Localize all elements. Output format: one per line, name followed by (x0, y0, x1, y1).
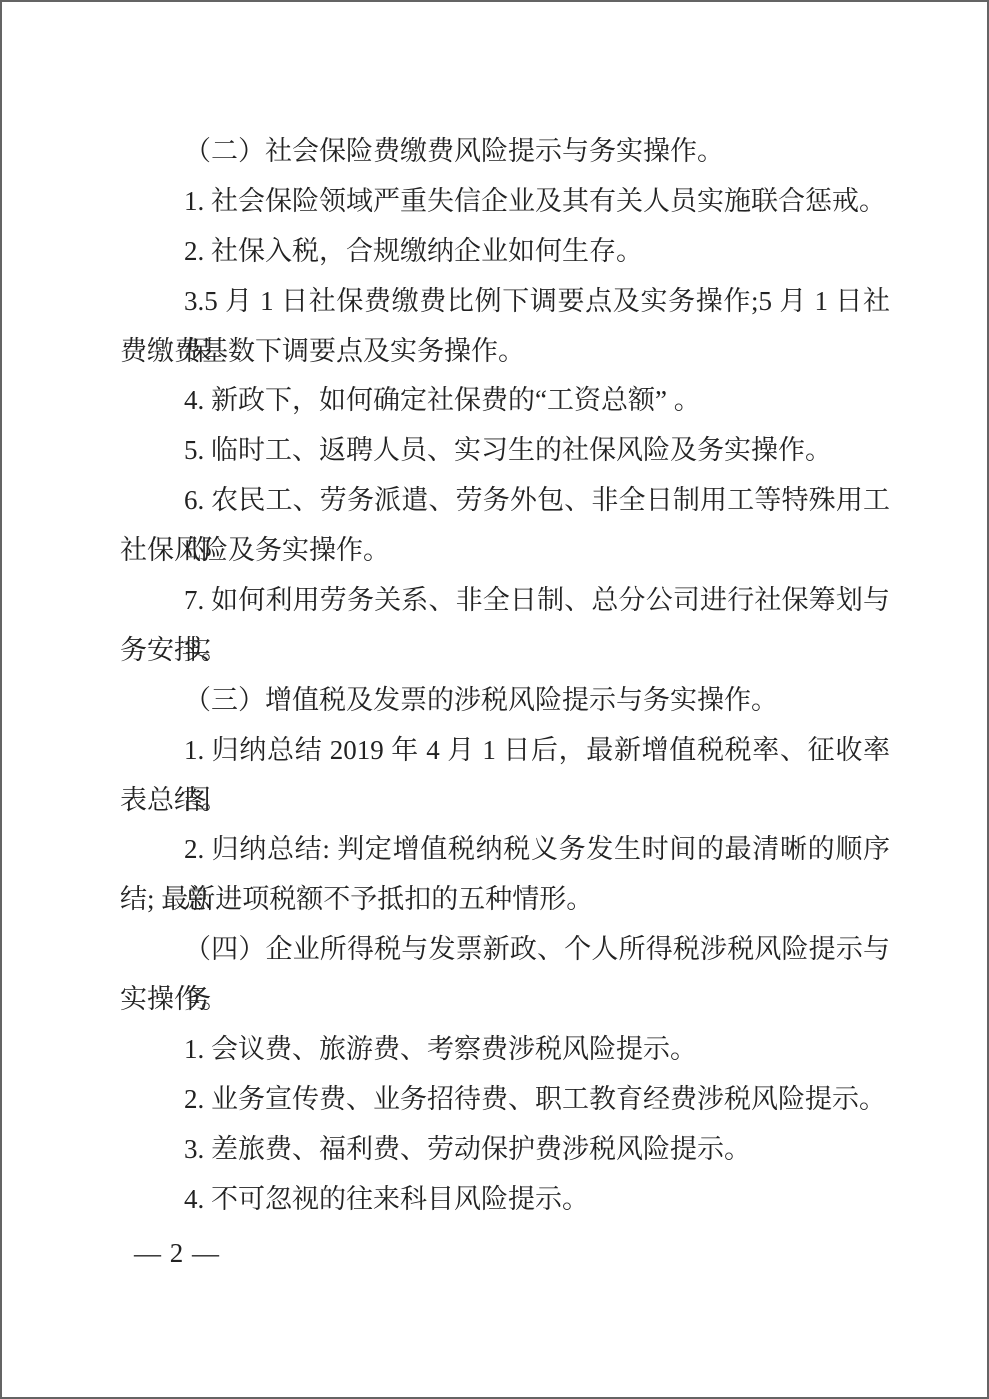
text-line: 5. 临时工、返聘人员、实习生的社保风险及务实操作。 (120, 426, 890, 476)
text-line: 实操作。 (120, 975, 890, 1025)
text-line: 4. 不可忽视的往来科目风险提示。 (120, 1175, 890, 1225)
text-line: 1. 归纳总结 2019 年 4 月 1 日后，最新增值税税率、征收率图 (120, 726, 890, 776)
text-line: 7. 如何利用劳务关系、非全日制、总分公司进行社保筹划与实 (120, 576, 890, 626)
text-line: （四）企业所得税与发票新政、个人所得税涉税风险提示与务 (120, 925, 890, 975)
text-line: 费缴费基数下调要点及实务操作。 (120, 327, 890, 377)
text-line: 3.5 月 1 日社保费缴费比例下调要点及实务操作;5 月 1 日社保 (120, 277, 890, 327)
document-page: （二）社会保险费缴费风险提示与务实操作。1. 社会保险领域严重失信企业及其有关人… (0, 0, 989, 1399)
text-line: 结; 最新进项税额不予抵扣的五种情形。 (120, 875, 890, 925)
document-body: （二）社会保险费缴费风险提示与务实操作。1. 社会保险领域严重失信企业及其有关人… (120, 127, 890, 1225)
text-line: （三）增值税及发票的涉税风险提示与务实操作。 (120, 676, 890, 726)
text-line: 4. 新政下，如何确定社保费的“工资总额” 。 (120, 376, 890, 426)
text-line: 3. 差旅费、福利费、劳动保护费涉税风险提示。 (120, 1125, 890, 1175)
page-number: — 2 — (134, 1238, 220, 1269)
text-line: 2. 归纳总结: 判定增值税纳税义务发生时间的最清晰的顺序总 (120, 825, 890, 875)
text-line: 6. 农民工、劳务派遣、劳务外包、非全日制用工等特殊用工的 (120, 476, 890, 526)
text-line: 表总结。 (120, 776, 890, 826)
text-line: 1. 会议费、旅游费、考察费涉税风险提示。 (120, 1025, 890, 1075)
text-line: 1. 社会保险领域严重失信企业及其有关人员实施联合惩戒。 (120, 177, 890, 227)
text-line: 务安排。 (120, 626, 890, 676)
text-line: （二）社会保险费缴费风险提示与务实操作。 (120, 127, 890, 177)
text-line: 2. 社保入税，合规缴纳企业如何生存。 (120, 227, 890, 277)
text-line: 2. 业务宣传费、业务招待费、职工教育经费涉税风险提示。 (120, 1075, 890, 1125)
text-line: 社保风险及务实操作。 (120, 526, 890, 576)
